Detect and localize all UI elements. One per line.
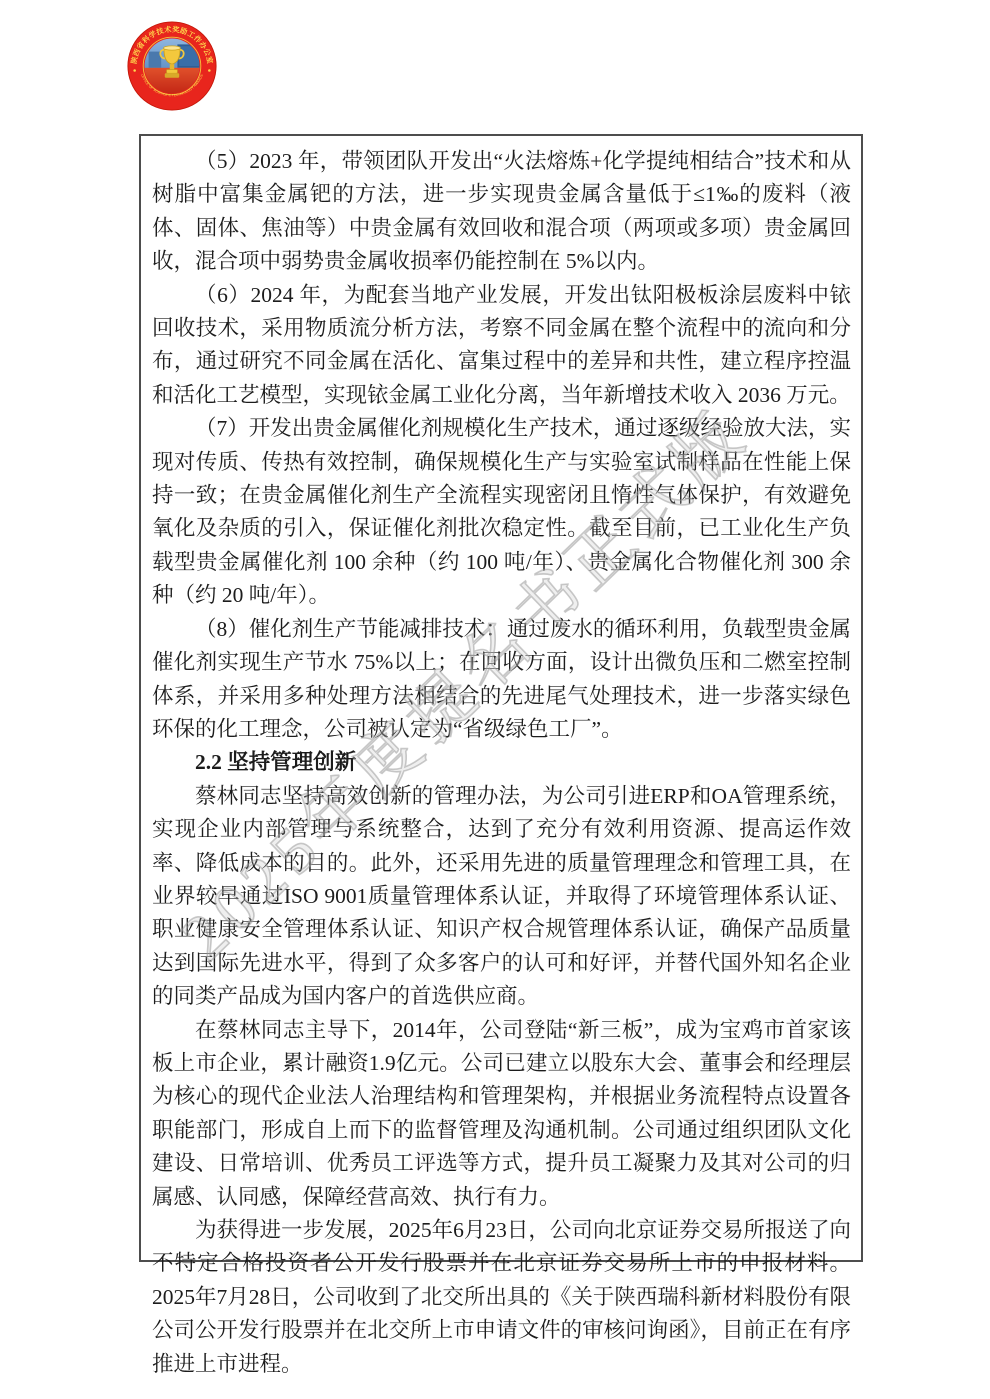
award-office-seal-logo: 陕西省科学技术奖励工作办公室 OFFICE OF SCIENCE & TECHN… — [127, 21, 217, 111]
page-background: 陕西省科学技术奖励工作办公室 OFFICE OF SCIENCE & TECHN… — [0, 0, 990, 1399]
section-heading-2-2: 2.2 坚持管理创新 — [152, 746, 851, 779]
document-body-text: （5）2023 年，带领团队开发出“火法熔炼+化学提纯相结合”技术和从树脂中富集… — [141, 136, 861, 1381]
paragraph-item-7: （7）开发出贵金属催化剂规模化生产技术，通过逐级经验放大法，实现对传质、传热有效… — [152, 412, 851, 612]
seal-dot-left — [133, 69, 136, 72]
seal-logo-graphic: 陕西省科学技术奖励工作办公室 OFFICE OF SCIENCE & TECHN… — [127, 21, 217, 111]
seal-dot-right — [208, 69, 211, 72]
paragraph-item-8: （8）催化剂生产节能减排技术：通过废水的循环利用，负载型贵金属催化剂实现生产节水… — [152, 613, 851, 747]
paragraph-management-1: 蔡林同志坚持高效创新的管理办法，为公司引进ERP和OA管理系统，实现企业内部管理… — [152, 780, 851, 1014]
paragraph-item-6: （6）2024 年，为配套当地产业发展，开发出钛阳极板涂层废料中铱回收技术，采用… — [152, 279, 851, 413]
paragraph-item-5: （5）2023 年，带领团队开发出“火法熔炼+化学提纯相结合”技术和从树脂中富集… — [152, 145, 851, 279]
paragraph-management-2: 在蔡林同志主导下，2014年，公司登陆“新三板”，成为宝鸡市首家该板上市企业，累… — [152, 1014, 851, 1214]
document-table-cell: （5）2023 年，带领团队开发出“火法熔炼+化学提纯相结合”技术和从树脂中富集… — [139, 134, 863, 1262]
document-page: { "page": { "watermark_text": "2025年度提名书… — [0, 0, 990, 1399]
paragraph-listing-progress: 为获得进一步发展，2025年6月23日，公司向北京证券交易所报送了向不特定合格投… — [152, 1214, 851, 1381]
